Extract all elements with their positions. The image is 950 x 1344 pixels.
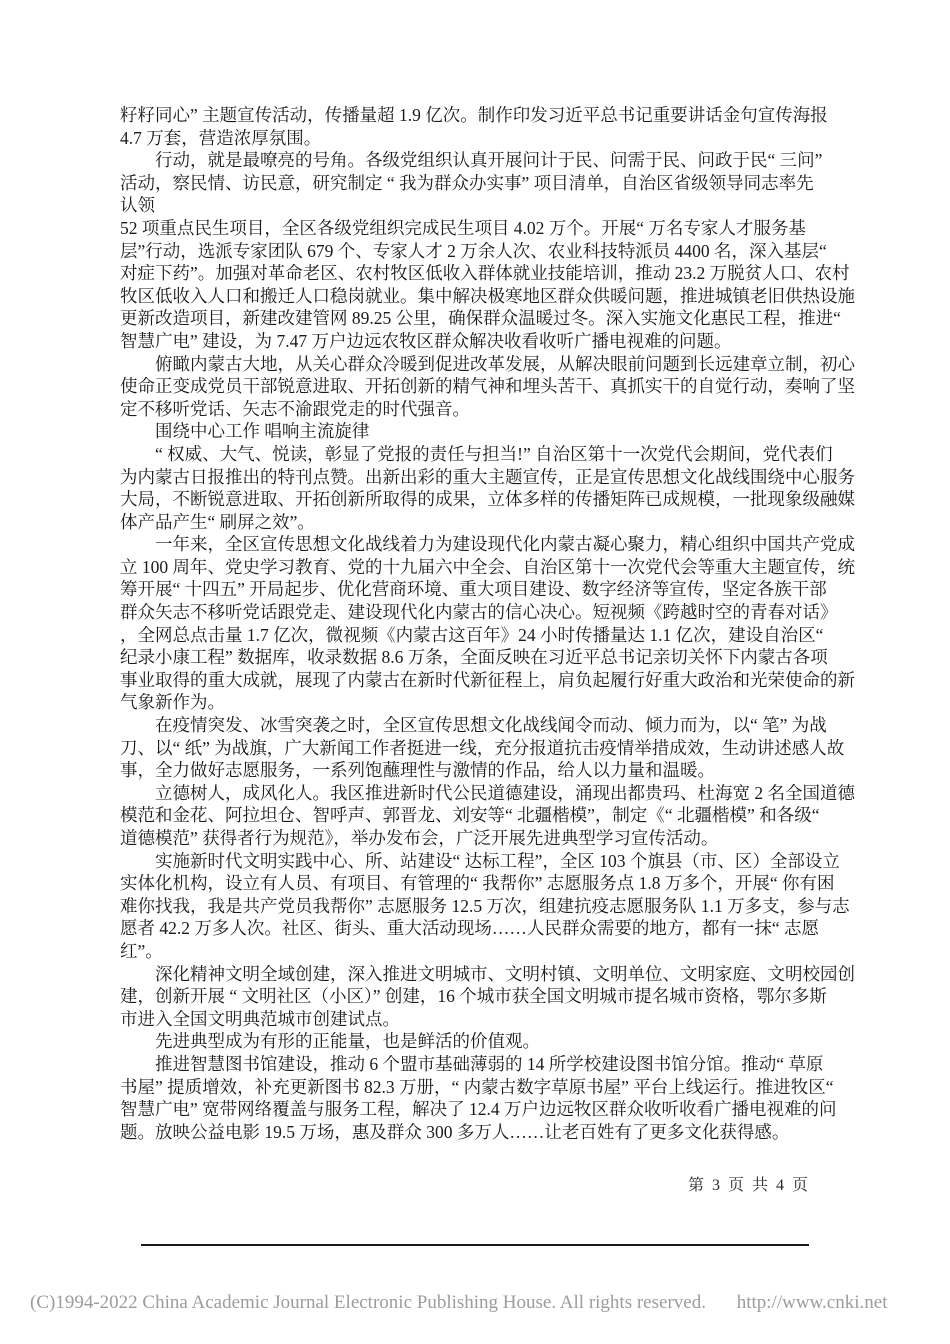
text-line: 实施新时代文明实践中心、所、站建设“ 达标工程”，全区 103 个旗县（市、区）…	[120, 850, 842, 873]
text-line: ，全网总点击量 1.7 亿次，微视频《内蒙古这百年》24 小时传播量达 1.1 …	[120, 624, 842, 647]
text-line: 立德树人，成风化人。我区推进新时代公民道德建设，涌现出都贵玛、杜海宽 2 名全国…	[120, 782, 842, 805]
text-line: 建，创新开展 “ 文明社区（小区）” 创建，16 个城市获全国文明城市提名城市资…	[120, 985, 842, 1008]
text-line: 俯瞰内蒙古大地，从关心群众冷暖到促进改革发展，从解决眼前问题到长远建章立制，初心	[120, 353, 842, 376]
text-line: 立 100 周年、党史学习教育、党的十九届六中全会、自治区第十一次党代会等重大主…	[120, 556, 842, 579]
text-line: 层”行动，选派专家团队 679 个、专家人才 2 万余人次、农业科技特派员 44…	[120, 240, 842, 263]
page-number: 第 3 页 共 4 页	[688, 1172, 810, 1195]
text-line: 智慧广电” 宽带网络覆盖与服务工程，解决了 12.4 万户边远牧区群众收听收看广…	[120, 1098, 842, 1121]
text-line: 为内蒙古日报推出的特刊点赞。出新出彩的重大主题宣传，正是宣传思想文化战线围绕中心…	[120, 466, 842, 489]
text-line: 道德模范” 获得者行为规范》，举办发布会，广泛开展先进典型学习宣传活动。	[120, 827, 842, 850]
text-line: 实体化机构，设立有人员、有项目、有管理的“ 我帮你” 志愿服务点 1.8 万多个…	[120, 872, 842, 895]
text-line: 深化精神文明全域创建，深入推进文明城市、文明村镇、文明单位、文明家庭、文明校园创	[120, 963, 842, 986]
text-line: “ 权威、大气、悦读，彰显了党报的责任与担当!” 自治区第十一次党代会期间，党代…	[120, 443, 842, 466]
text-line: 书屋” 提质增效，补充更新图书 82.3 万册，“ 内蒙古数字草原书屋” 平台上…	[120, 1076, 842, 1099]
text-line: 认领	[120, 194, 842, 217]
text-line: 气象新作为。	[120, 691, 842, 714]
document-page: 籽籽同心” 主题宣传活动，传播量超 1.9 亿次。制作印发习近平总书记重要讲话金…	[0, 0, 950, 1344]
text-line: 在疫情突发、冰雪突袭之时，全区宣传思想文化战线闻令而动、倾力而为，以“ 笔” 为…	[120, 714, 842, 737]
text-line: 群众矢志不移听党话跟党走、建设现代化内蒙古的信心决心。短视频《跨越时空的青春对话…	[120, 601, 842, 624]
text-line: 愿者 42.2 万多人次。社区、街头、重大活动现场……人民群众需要的地方，都有一…	[120, 917, 842, 940]
text-line: 更新改造项目，新建改建管网 89.25 公里，确保群众温暖过冬。深入实施文化惠民…	[120, 307, 842, 330]
copyright-notice: (C)1994-2022 China Academic Journal Elec…	[30, 1292, 887, 1314]
text-line: 一年来，全区宣传思想文化战线着力为建设现代化内蒙古凝心聚力，精心组织中国共产党成	[120, 533, 842, 556]
text-line: 智慧广电” 建设，为 7.47 万户边远农牧区群众解决收看收听广播电视难的问题。	[120, 330, 842, 353]
text-line: 难你找我，我是共产党员我帮你” 志愿服务 12.5 万次，组建抗疫志愿服务队 1…	[120, 895, 842, 918]
section-subheading: 围绕中心工作 唱响主流旋律	[120, 420, 842, 443]
text-line: 推进智慧图书馆建设，推动 6 个盟市基础薄弱的 14 所学校建设图书馆分馆。推动…	[120, 1053, 842, 1076]
text-line: 定不移听党话、矢志不渝跟党走的时代强音。	[120, 398, 842, 421]
text-line: 行动，就是最嘹亮的号角。各级党组织认真开展问计于民、问需于民、问政于民“ 三问”	[120, 149, 842, 172]
text-line: 4.7 万套，营造浓厚氛围。	[120, 127, 842, 150]
text-line: 题。放映公益电影 19.5 万场，惠及群众 300 多万人……让老百姓有了更多文…	[120, 1121, 842, 1144]
text-line: 体产品产生“ 刷屏之效”。	[120, 511, 842, 534]
text-line: 刀、以“ 纸” 为战旗，广大新闻工作者挺进一线，充分报道抗击疫情举措成效，生动讲…	[120, 737, 842, 760]
footer-divider	[141, 1244, 809, 1246]
text-line: 事业取得的重大成就，展现了内蒙古在新时代新征程上，肩负起履行好重大政治和光荣使命…	[120, 669, 842, 692]
text-line: 52 项重点民生项目，全区各级党组织完成民生项目 4.02 万个。开展“ 万名专…	[120, 217, 842, 240]
text-line: 大局，不断锐意进取、开拓创新所取得的成果，立体多样的传播矩阵已成规模，一批现象级…	[120, 488, 842, 511]
text-line: 先进典型成为有形的正能量，也是鲜活的价值观。	[120, 1030, 842, 1053]
text-line: 市进入全国文明典范城市创建试点。	[120, 1008, 842, 1031]
text-line: 模范和金花、阿拉坦仓、智呼声、郭晋龙、刘安等“ 北疆楷模”，制定《“ 北疆楷模”…	[120, 804, 842, 827]
cnki-url[interactable]: http://www.cnki.net	[737, 1292, 888, 1313]
text-line: 使命正变成党员干部锐意进取、开拓创新的精气神和埋头苦干、真抓实干的自觉行动，奏响…	[120, 375, 842, 398]
text-line: 红”。	[120, 940, 842, 963]
text-line: 筹开展“ 十四五” 开局起步、优化营商环境、重大项目建设、数字经济等宣传，坚定各…	[120, 578, 842, 601]
text-line: 籽籽同心” 主题宣传活动，传播量超 1.9 亿次。制作印发习近平总书记重要讲话金…	[120, 104, 842, 127]
text-line: 牧区低收入人口和搬迁人口稳岗就业。集中解决极寒地区群众供暖问题，推进城镇老旧供热…	[120, 285, 842, 308]
copyright-text: (C)1994-2022 China Academic Journal Elec…	[30, 1292, 706, 1313]
article-text: 籽籽同心” 主题宣传活动，传播量超 1.9 亿次。制作印发习近平总书记重要讲话金…	[120, 104, 842, 1143]
text-line: 活动，察民情、访民意，研究制定 “ 我为群众办实事” 项目清单，自治区省级领导同…	[120, 172, 842, 195]
text-line: 事，全力做好志愿服务，一系列饱蘸理性与激情的作品，给人以力量和温暖。	[120, 759, 842, 782]
text-line: 对症下药”。加强对革命老区、农村牧区低收入群体就业技能培训，推动 23.2 万脱…	[120, 262, 842, 285]
text-line: 纪录小康工程” 数据库，收录数据 8.6 万条，全面反映在习近平总书记亲切关怀下…	[120, 646, 842, 669]
